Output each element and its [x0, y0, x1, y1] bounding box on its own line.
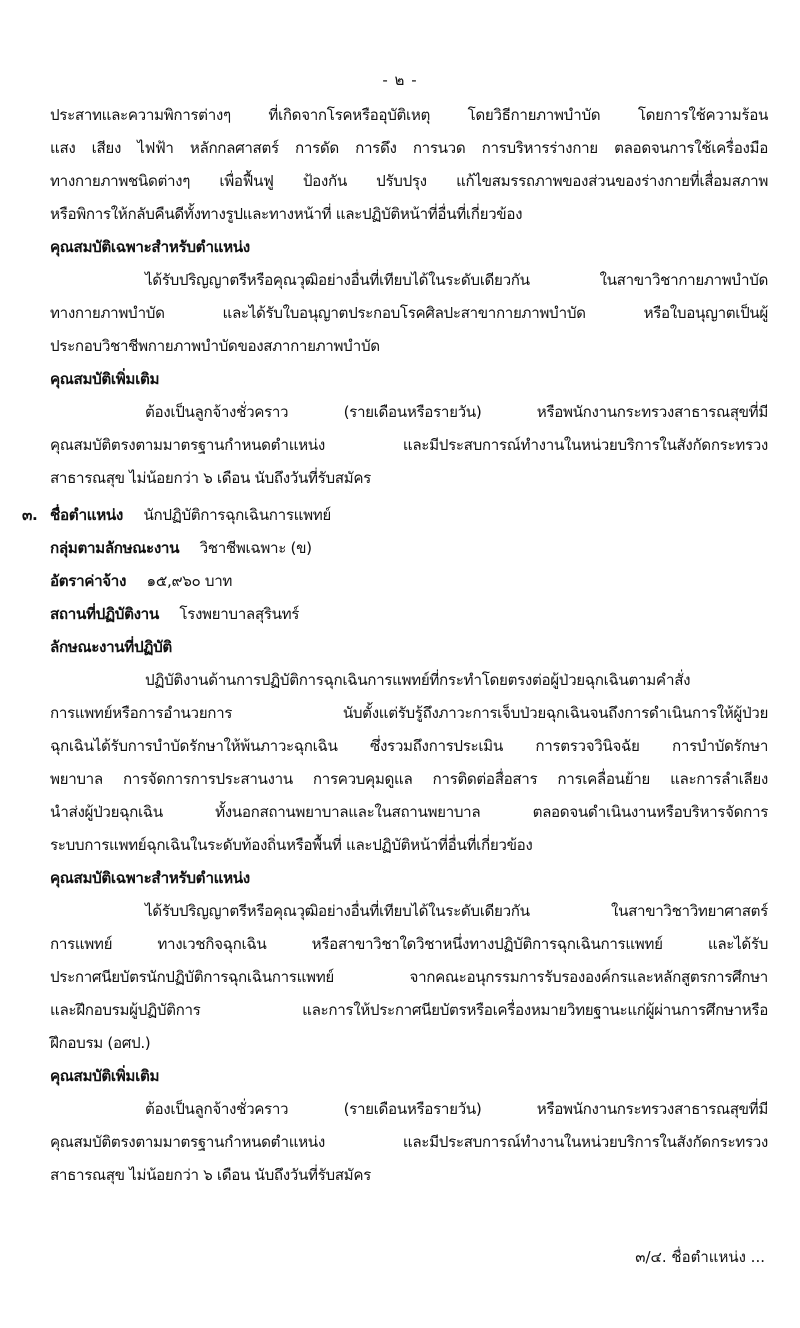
section-heading: ลักษณะงานที่ปฏิบัติ [50, 631, 768, 664]
job-group-row: กลุ่มตามลักษณะงาน วิชาชีพเฉพาะ (ข) [50, 532, 768, 565]
text-line: สาธารณสุข ไม่น้อยกว่า ๖ เดือน นับถึงวันท… [50, 1159, 768, 1192]
duties: ปฏิบัติงานด้านการปฏิบัติการฉุกเฉินการแพท… [50, 664, 768, 862]
specific-qualifications: ได้รับปริญญาตรีหรือคุณวุฒิอย่างอื่นที่เท… [50, 895, 768, 1060]
prev-position-description: ประสาทและความพิการต่างๆ ที่เกิดจากโรคหรื… [50, 99, 768, 231]
position-title-value: นักปฏิบัติการฉุกเฉินการแพทย์ [143, 506, 331, 524]
text-line: ทางกายภาพชนิดต่างๆ เพื่อฟื้นฟู ป้องกัน ป… [50, 165, 768, 198]
text-line: ระบบการแพทย์ฉุกเฉินในระดับท้องถิ่นหรือพื… [50, 829, 768, 862]
text-line: ฉุกเฉินได้รับการบำบัดรักษาให้พ้นภาวะฉุกเ… [50, 730, 768, 763]
text-line: ทางกายภาพบำบัด และได้รับใบอนุญาตประกอบโร… [50, 297, 768, 330]
text-line: พยาบาล การจัดการการประสานงาน การควบคุมดู… [50, 763, 768, 796]
position-title-row: ๓. ชื่อตำแหน่ง นักปฏิบัติการฉุกเฉินการแพ… [50, 499, 768, 532]
text-line: คุณสมบัติตรงตามมาตรฐานกำหนดตำแหน่ง และมี… [50, 1126, 768, 1159]
text-line: สาธารณสุข ไม่น้อยกว่า ๖ เดือน นับถึงวันท… [50, 462, 768, 495]
text-line: ต้องเป็นลูกจ้างชั่วคราว (รายเดือนหรือราย… [50, 1093, 768, 1126]
document-body: ประสาทและความพิการต่างๆ ที่เกิดจากโรคหรื… [50, 99, 768, 1192]
page-number: - ๒ - [0, 68, 800, 92]
text-line: คุณสมบัติตรงตามมาตรฐานกำหนดตำแหน่ง และมี… [50, 429, 768, 462]
text-line: แสง เสียง ไฟฟ้า หลักกลศาสตร์ การดัด การด… [50, 132, 768, 165]
text-line: ประกาศนียบัตรนักปฏิบัติการฉุกเฉินการแพทย… [50, 961, 768, 994]
text-line: การแพทย์หรือการอำนวยการ นับตั้งแต่รับรู้… [50, 697, 768, 730]
job-group-value: วิชาชีพเฉพาะ (ข) [200, 539, 312, 557]
salary-label: อัตราค่าจ้าง [50, 572, 126, 590]
text-line: ปฏิบัติงานด้านการปฏิบัติการฉุกเฉินการแพท… [50, 664, 768, 697]
text-line: ฝึกอบรม (อศป.) [50, 1027, 768, 1060]
position-title-label: ชื่อตำแหน่ง [50, 506, 123, 524]
prev-specific-qualifications: ได้รับปริญญาตรีหรือคุณวุฒิอย่างอื่นที่เท… [50, 264, 768, 363]
text-line: นำส่งผู้ป่วยฉุกเฉิน ทั้งนอกสถานพยาบาลและ… [50, 796, 768, 829]
salary-row: อัตราค่าจ้าง ๑๕,๙๖๐ บาท [50, 565, 768, 598]
prev-additional-qualifications: ต้องเป็นลูกจ้างชั่วคราว (รายเดือนหรือราย… [50, 396, 768, 495]
text-line: ต้องเป็นลูกจ้างชั่วคราว (รายเดือนหรือราย… [50, 396, 768, 429]
salary-value: ๑๕,๙๖๐ บาท [147, 572, 233, 590]
continuation-footer: ๓/๔. ชื่อตำแหน่ง ... [635, 1245, 765, 1269]
location-row: สถานที่ปฏิบัติงาน โรงพยาบาลสุรินทร์ [50, 598, 768, 631]
text-line: การแพทย์ ทางเวชกิจฉุกเฉิน หรือสาขาวิชาใด… [50, 928, 768, 961]
section-heading: คุณสมบัติเพิ่มเติม [50, 363, 768, 396]
section-heading: คุณสมบัติเพิ่มเติม [50, 1060, 768, 1093]
job-group-label: กลุ่มตามลักษณะงาน [50, 539, 179, 557]
location-label: สถานที่ปฏิบัติงาน [50, 605, 159, 623]
additional-qualifications: ต้องเป็นลูกจ้างชั่วคราว (รายเดือนหรือราย… [50, 1093, 768, 1192]
text-line: หรือพิการให้กลับคืนดีทั้งทางรูปและทางหน้… [50, 198, 768, 231]
text-line: ประกอบวิชาชีพกายภาพบำบัดของสภากายภาพบำบั… [50, 330, 768, 363]
section-heading: คุณสมบัติเฉพาะสำหรับตำแหน่ง [50, 862, 768, 895]
text-line: ได้รับปริญญาตรีหรือคุณวุฒิอย่างอื่นที่เท… [50, 264, 768, 297]
location-value: โรงพยาบาลสุรินทร์ [179, 605, 299, 623]
section-heading: คุณสมบัติเฉพาะสำหรับตำแหน่ง [50, 231, 768, 264]
text-line: ประสาทและความพิการต่างๆ ที่เกิดจากโรคหรื… [50, 99, 768, 132]
text-line: และฝึกอบรมผู้ปฏิบัติการ และการให้ประกาศน… [50, 994, 768, 1027]
item-number: ๓. [22, 499, 37, 532]
text-line: ได้รับปริญญาตรีหรือคุณวุฒิอย่างอื่นที่เท… [50, 895, 768, 928]
